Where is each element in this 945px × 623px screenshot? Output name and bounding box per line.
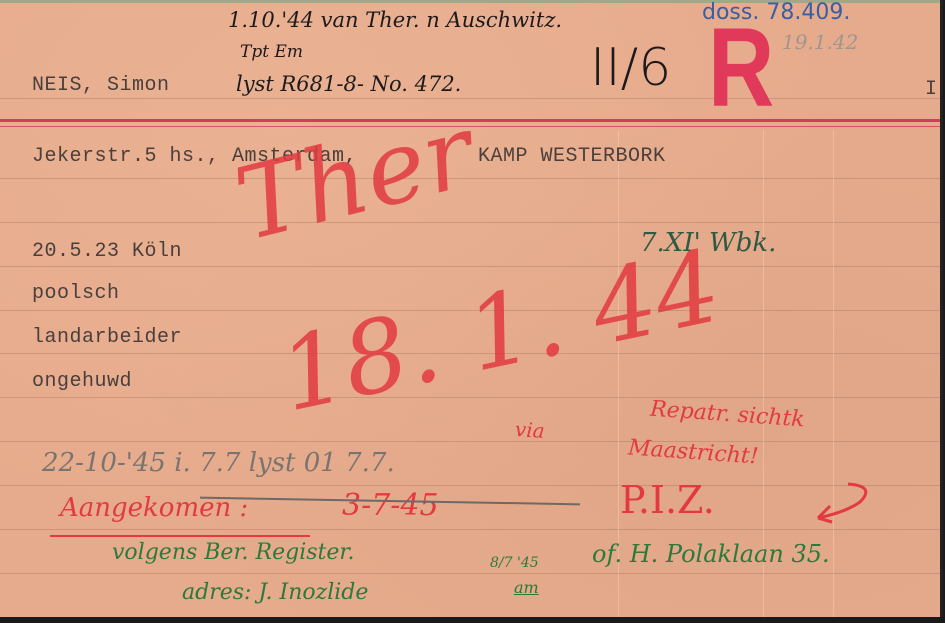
handwritten-transport-line1: 1.10.'44 van Ther. n Auschwitz. (228, 8, 562, 32)
handwritten-transport-line2: Tpt Em (240, 42, 303, 62)
dossier-date: 19.1.42 (782, 30, 858, 54)
green-date-initials: 8/7 '45 (490, 555, 539, 571)
column-line (833, 130, 834, 617)
arrival-label-underline (50, 535, 310, 537)
green-register-note: volgens Ber. Register. (112, 540, 354, 565)
green-street-address: of. H. Polaklaan 35. (592, 540, 830, 568)
file-reference: II/6 (590, 38, 671, 98)
red-repatriation-note: Repatr. sichtk (649, 397, 805, 433)
pencil-list-note: 22-10-'45 i. 7.7 lyst 01 7.7. (42, 448, 395, 478)
corner-mark: I (925, 78, 938, 101)
ruled-line (0, 266, 940, 267)
green-address-note: adres: J. Inozlide (182, 580, 368, 605)
arrival-date: 3-7-45 (342, 488, 439, 523)
occupation-field: landarbeider (32, 326, 182, 349)
camp-field: KAMP WESTERBORK (478, 145, 666, 168)
ruled-line (0, 441, 940, 442)
ruled-line (0, 573, 940, 574)
index-card: NEIS, Simon 1.10.'44 van Ther. n Auschwi… (0, 0, 943, 617)
ruled-line (0, 485, 940, 486)
handwritten-transport-line3: lyst R681-8- No. 472. (236, 72, 461, 96)
nationality-field: poolsch (32, 282, 120, 305)
ruled-line (0, 397, 940, 398)
green-initials: am (514, 578, 539, 597)
ruled-line (0, 529, 940, 530)
header-red-rule (0, 119, 940, 122)
ruled-line (0, 222, 940, 223)
red-via-note: via (514, 417, 545, 443)
dossier-number: doss. 78.409. (702, 0, 850, 25)
person-name: NEIS, Simon (32, 74, 170, 97)
header-red-rule-thin (0, 126, 940, 127)
birth-field: 20.5.23 Köln (32, 240, 182, 263)
red-arrow-icon (808, 478, 878, 531)
red-piz-note: P.I.Z. (620, 478, 715, 522)
green-westerbork-note: 7.XI' Wbk. (640, 228, 776, 258)
marital-status-field: ongehuwd (32, 370, 132, 393)
registration-stamp-R: R (708, 16, 774, 120)
ruled-line (0, 98, 940, 99)
